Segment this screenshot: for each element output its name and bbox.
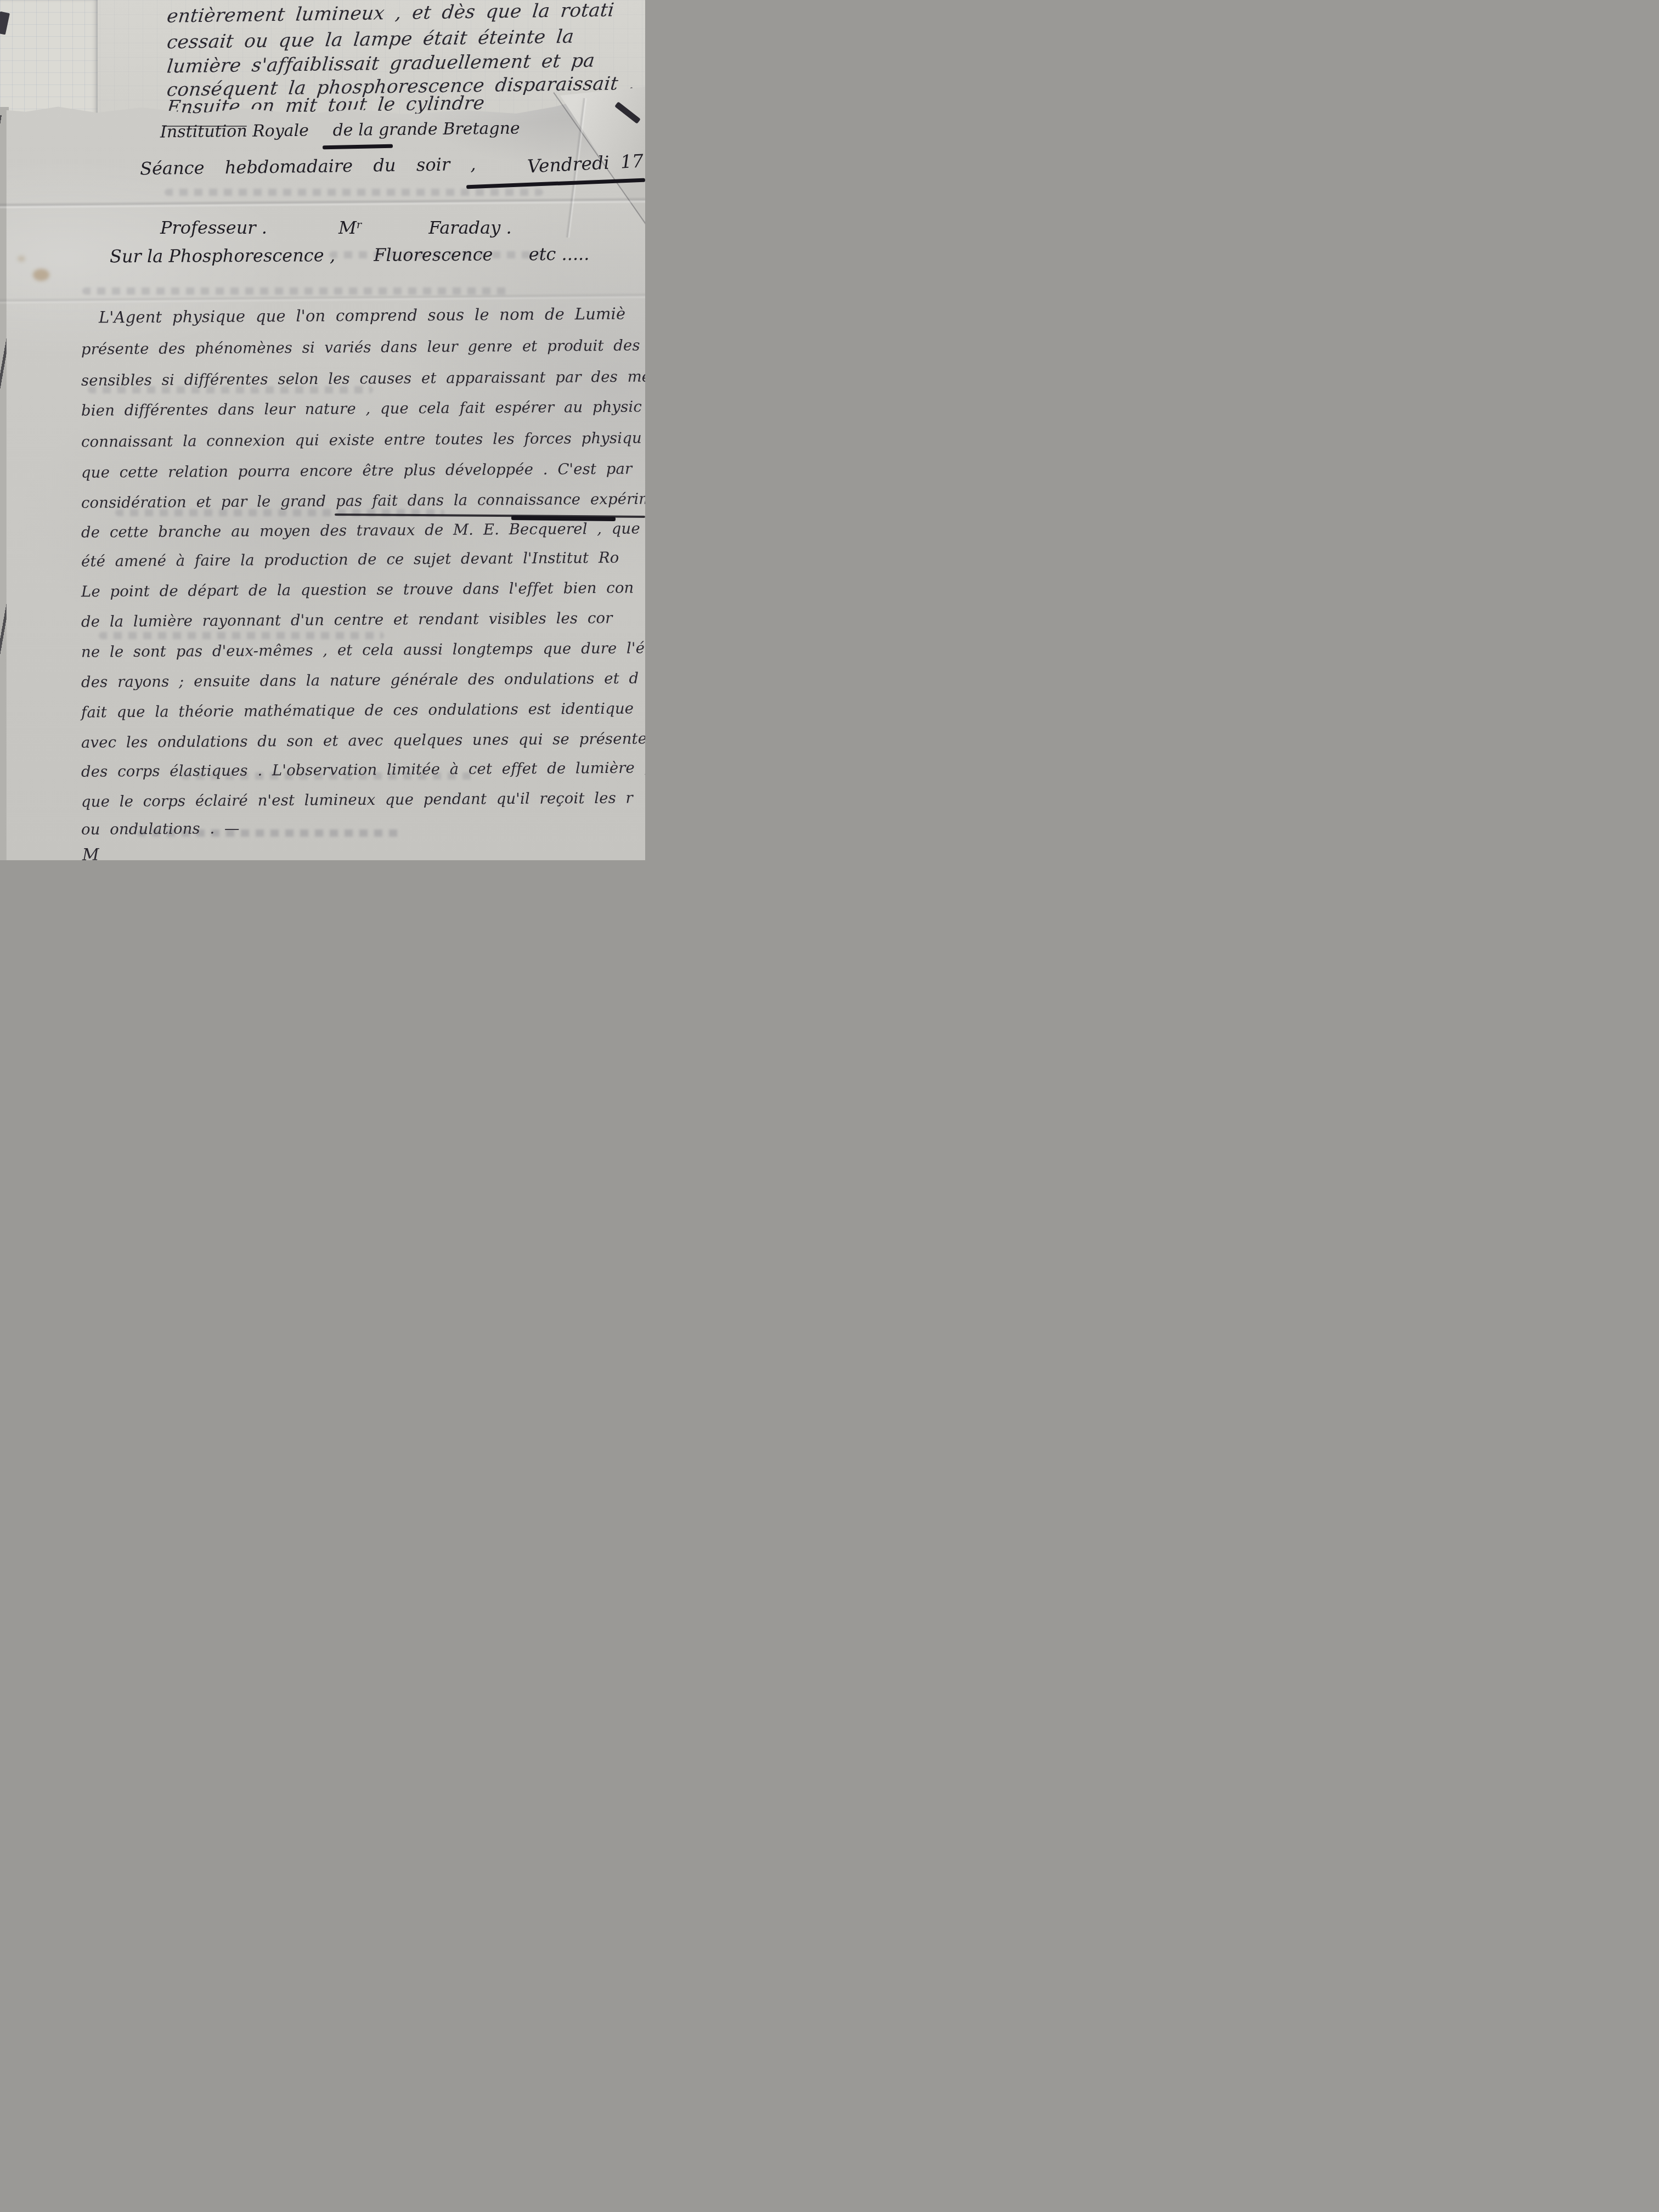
professor-name: Faraday . <box>428 217 511 238</box>
manuscript-line-partial: M <box>82 845 99 860</box>
manuscript-line: été amené à faire la production de ce su… <box>81 549 619 571</box>
professor-title: Mʳ <box>338 217 363 238</box>
manuscript-photo: entièrement lumineux , et dès que la rot… <box>0 0 645 860</box>
professor-label: Professeur . <box>160 217 267 238</box>
bleedthrough-smudge <box>165 189 543 196</box>
paper-stain <box>33 269 49 281</box>
bleedthrough-smudge <box>99 632 384 639</box>
squared-paper-corner <box>0 0 98 114</box>
manuscript-line: de la lumière rayonnant d'un centre et r… <box>81 610 613 631</box>
under-page-ink-marks <box>0 115 7 860</box>
paper-stain <box>18 256 25 262</box>
flourish-stroke <box>165 126 247 127</box>
title-line-institution: Institution Royale de la grande Bretagne <box>160 119 520 142</box>
subject-phosphorescence: Sur la Phosphorescence , <box>110 245 335 267</box>
bleedthrough-smudge <box>82 287 510 295</box>
institution-country: de la grande Bretagne <box>332 119 520 140</box>
subject-etc: etc ..... <box>529 244 590 265</box>
subject-line: Sur la Phosphorescence , Fluorescence et… <box>110 244 590 267</box>
manuscript-line: ou ondulations . — <box>81 820 240 838</box>
subject-fluorescence: Fluorescence <box>374 244 493 266</box>
professor-line: Professeur . Mʳ Faraday . <box>160 217 512 238</box>
manuscript-line: L'Agent physique que l'on comprend sous … <box>99 304 625 327</box>
institution-name: Institution Royale <box>160 121 309 142</box>
